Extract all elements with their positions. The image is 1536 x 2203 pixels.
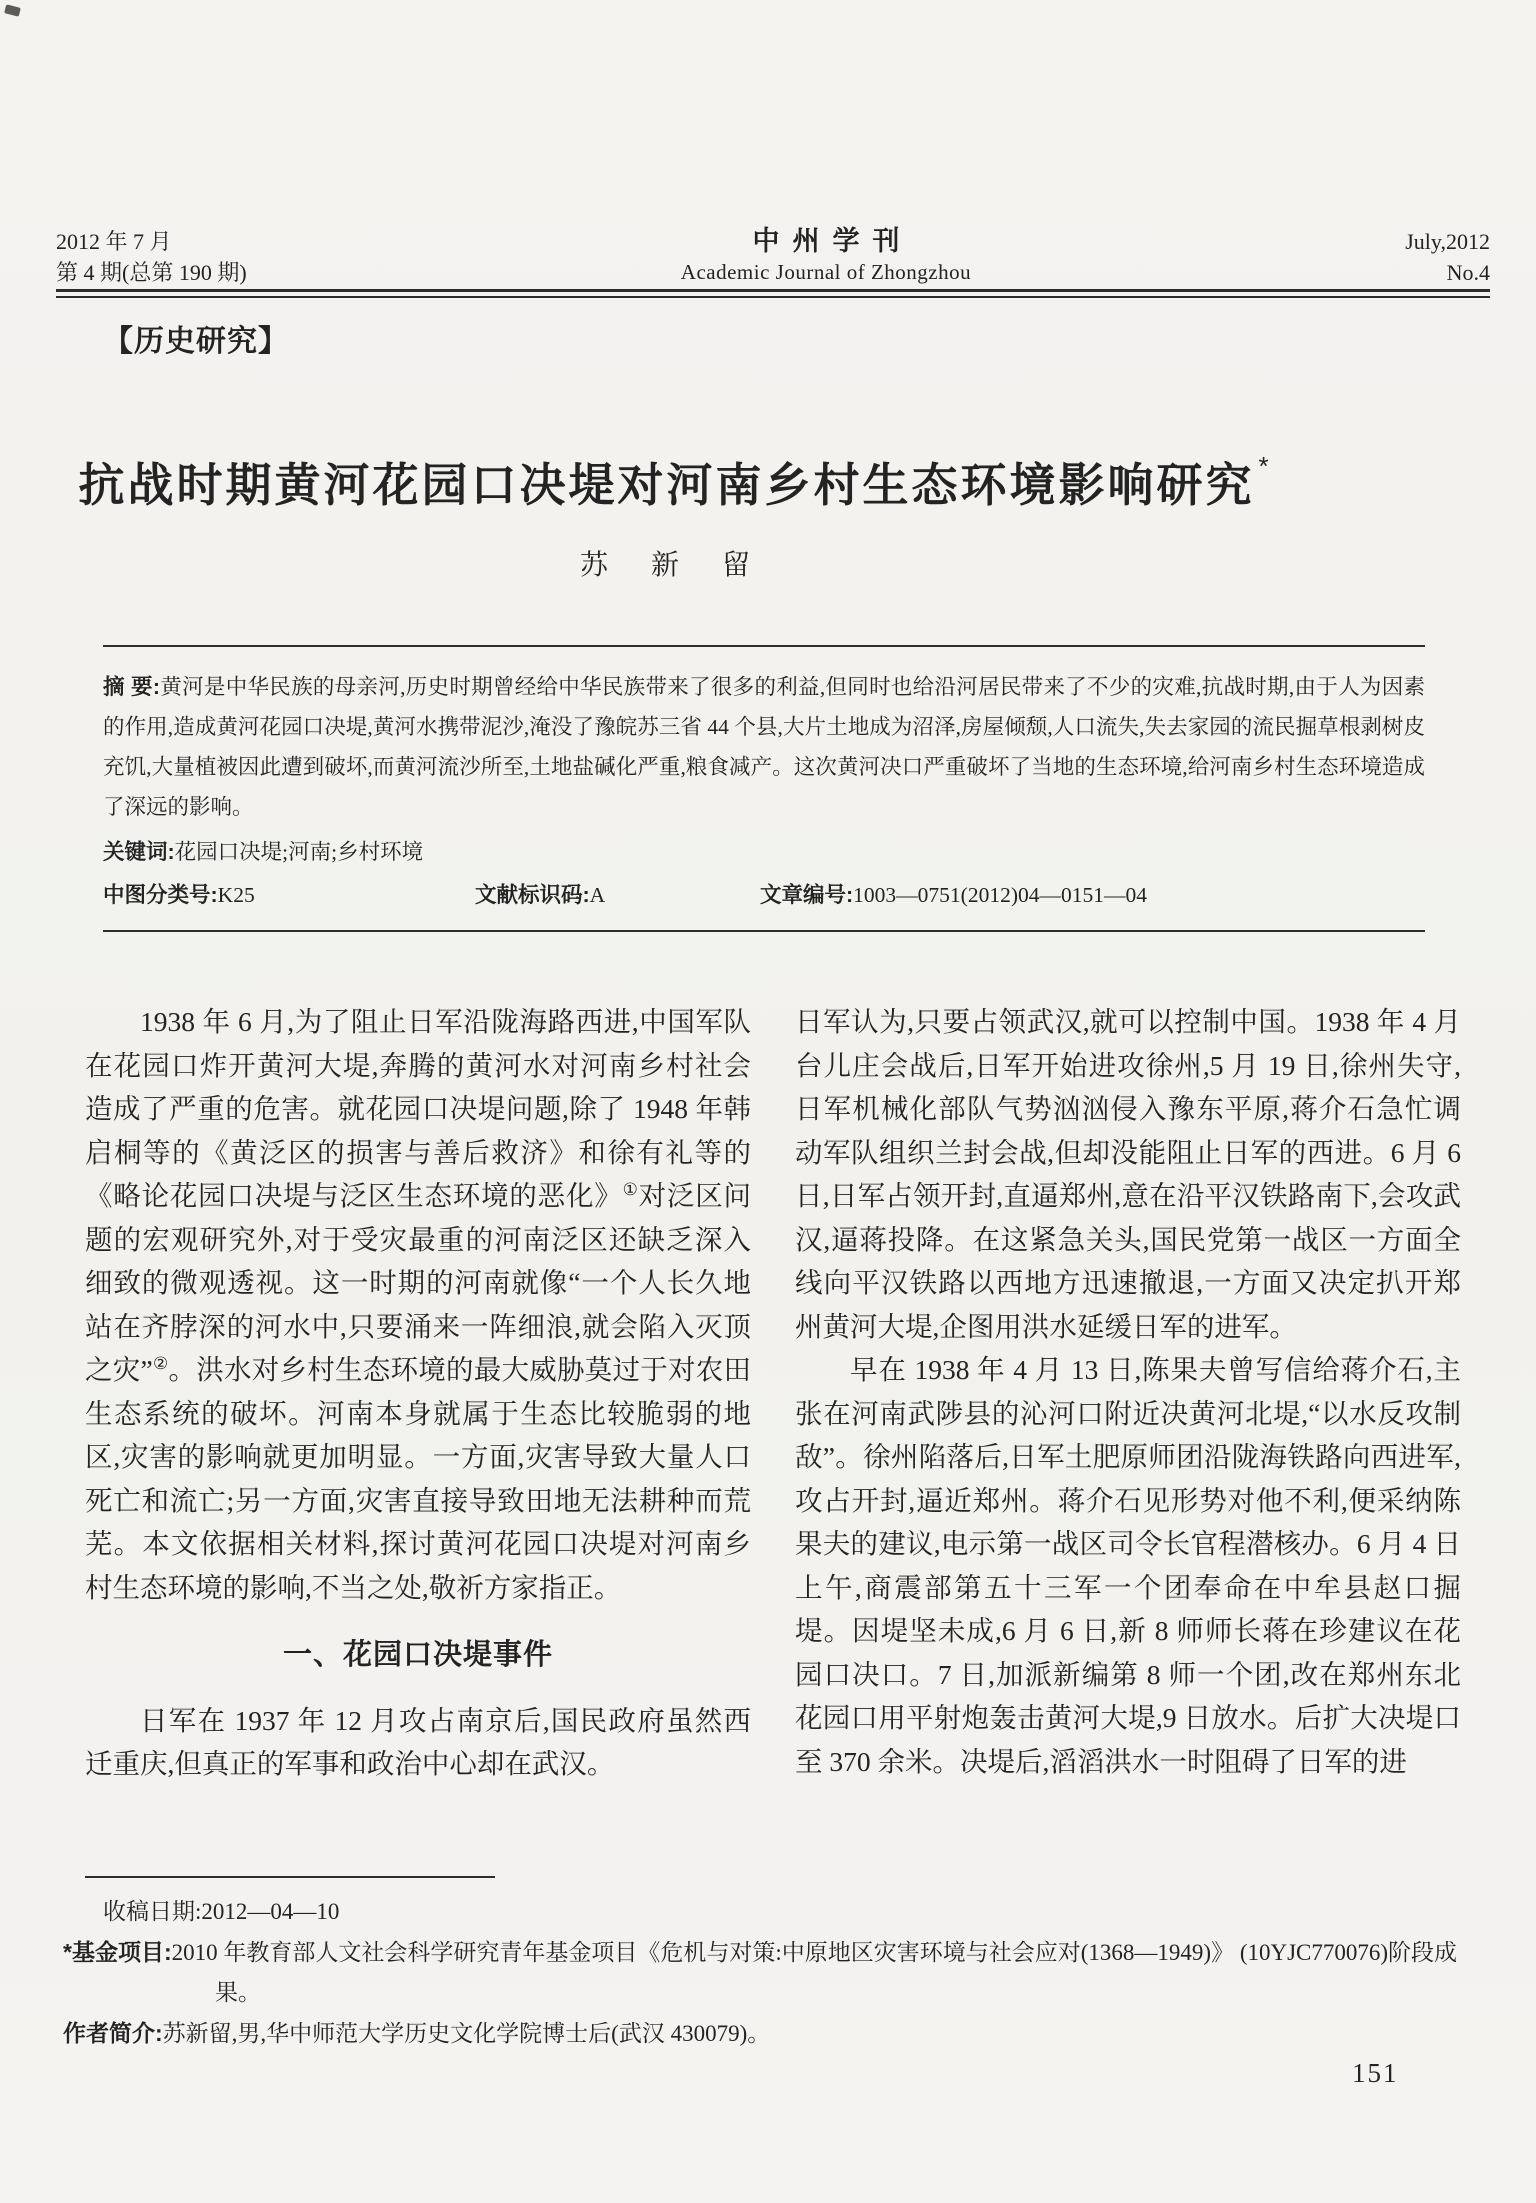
header-issue-en: No.4	[1405, 257, 1490, 288]
page-number: 151	[1352, 2058, 1399, 2089]
keywords-text: 花园口决堤;河南;乡村环境	[175, 840, 423, 864]
received-date-label: 收稿日期:	[103, 1899, 201, 1924]
journal-header: 2012 年 7 月 第 4 期(总第 190 期) 中州学刊 Academic…	[56, 226, 1490, 288]
fund-project-value: 2010 年教育部人文社会科学研究青年基金项目《危机与对策:中原地区灾害环境与社…	[172, 1940, 1457, 2005]
abstract-paragraph: 摘 要:黄河是中华民族的母亲河,历史时期曾经给中华民族带来了很多的利益,但同时也…	[103, 667, 1425, 827]
article-id-value: 1003—0751(2012)04—0151—04	[853, 883, 1147, 907]
journal-title-cn: 中州学刊	[681, 226, 971, 257]
journal-title-en: Academic Journal of Zhongzhou	[681, 257, 971, 288]
keywords-row: 关键词:花园口决堤;河南;乡村环境	[103, 832, 1425, 872]
clc-number: 中图分类号:K25	[103, 874, 255, 916]
clc-value: K25	[218, 883, 255, 907]
article-meta-row: 中图分类号:K25 文献标识码:A 文章编号:1003—0751(2012)04…	[103, 874, 1425, 916]
article-id-label: 文章编号:	[760, 883, 853, 907]
keywords-label: 关键词:	[103, 840, 175, 864]
fund-project-line: *基金项目:2010 年教育部人文社会科学研究青年基金项目《危机与对策:中原地区…	[63, 1932, 1461, 2013]
header-issue-cn: 第 4 期(总第 190 期)	[56, 257, 247, 288]
footnote-divider-rule	[85, 1876, 495, 1878]
clc-label: 中图分类号:	[103, 883, 218, 907]
abstract-block: 摘 要:黄河是中华民族的母亲河,历史时期曾经给中华民族带来了很多的利益,但同时也…	[103, 645, 1425, 932]
abstract-text: 黄河是中华民族的母亲河,历史时期曾经给中华民族带来了很多的利益,但同时也给沿河居…	[103, 675, 1425, 819]
header-date-cn: 2012 年 7 月	[56, 226, 247, 257]
header-issue-info-en: July,2012 No.4	[1405, 226, 1490, 288]
scan-artifact-mark	[4, 4, 21, 16]
header-date-en: July,2012	[1405, 226, 1490, 257]
header-divider-rule	[56, 289, 1490, 298]
footnote-area: 收稿日期:2012—04—10 *基金项目:2010 年教育部人文社会科学研究青…	[63, 1876, 1461, 2054]
author-bio-line: 作者简介:苏新留,男,华中师范大学历史文化学院博士后(武汉 430079)。	[63, 2013, 1461, 2054]
body-left-column: 1938 年 6 月,为了阻止日军沿陇海路西进,中国军队在花园口炸开黄河大堤,奔…	[85, 1000, 751, 1786]
title-footnote-asterisk: *	[1258, 451, 1271, 481]
author-bio-label: 作者简介:	[63, 2020, 163, 2046]
journal-page-scan: 2012 年 7 月 第 4 期(总第 190 期) 中州学刊 Academic…	[0, 0, 1536, 2203]
received-date-line: 收稿日期:2012—04—10	[63, 1892, 1461, 1932]
document-code: 文献标识码:A	[475, 874, 605, 916]
body-paragraph: 日军在 1937 年 12 月攻占南京后,国民政府虽然西迁重庆,但真正的军事和政…	[85, 1699, 751, 1786]
body-right-column: 日军认为,只要占领武汉,就可以控制中国。1938 年 4 月台儿庄会战后,日军开…	[795, 1000, 1461, 1786]
document-code-value: A	[590, 883, 606, 907]
article-id: 文章编号:1003—0751(2012)04—0151—04	[760, 874, 1147, 916]
body-paragraph: 1938 年 6 月,为了阻止日军沿陇海路西进,中国军队在花园口炸开黄河大堤,奔…	[85, 1000, 751, 1609]
section-label: 【历史研究】	[103, 316, 289, 360]
article-body: 1938 年 6 月,为了阻止日军沿陇海路西进,中国军队在花园口炸开黄河大堤,奔…	[85, 1000, 1461, 1786]
author-name: 苏 新 留	[0, 543, 1330, 583]
abstract-label: 摘 要:	[103, 675, 160, 699]
document-code-label: 文献标识码:	[475, 883, 590, 907]
author-bio-value: 苏新留,男,华中师范大学历史文化学院博士后(武汉 430079)。	[163, 2021, 771, 2046]
received-date-value: 2012—04—10	[201, 1899, 339, 1924]
body-paragraph: 早在 1938 年 4 月 13 日,陈果夫曾写信给蒋介石,主张在河南武陟县的沁…	[795, 1348, 1461, 1783]
fund-project-label: *基金项目:	[63, 1939, 172, 1965]
section-heading-1: 一、花园口决堤事件	[85, 1634, 751, 1678]
article-title: 抗战时期黄河花园口决堤对河南乡村生态环境影响研究*	[60, 449, 1290, 515]
header-journal-name: 中州学刊 Academic Journal of Zhongzhou	[681, 226, 971, 288]
body-paragraph-continued: 日军认为,只要占领武汉,就可以控制中国。1938 年 4 月台儿庄会战后,日军开…	[795, 1000, 1461, 1348]
article-title-text: 抗战时期黄河花园口决堤对河南乡村生态环境影响研究	[78, 459, 1254, 511]
header-issue-info: 2012 年 7 月 第 4 期(总第 190 期)	[56, 226, 247, 288]
